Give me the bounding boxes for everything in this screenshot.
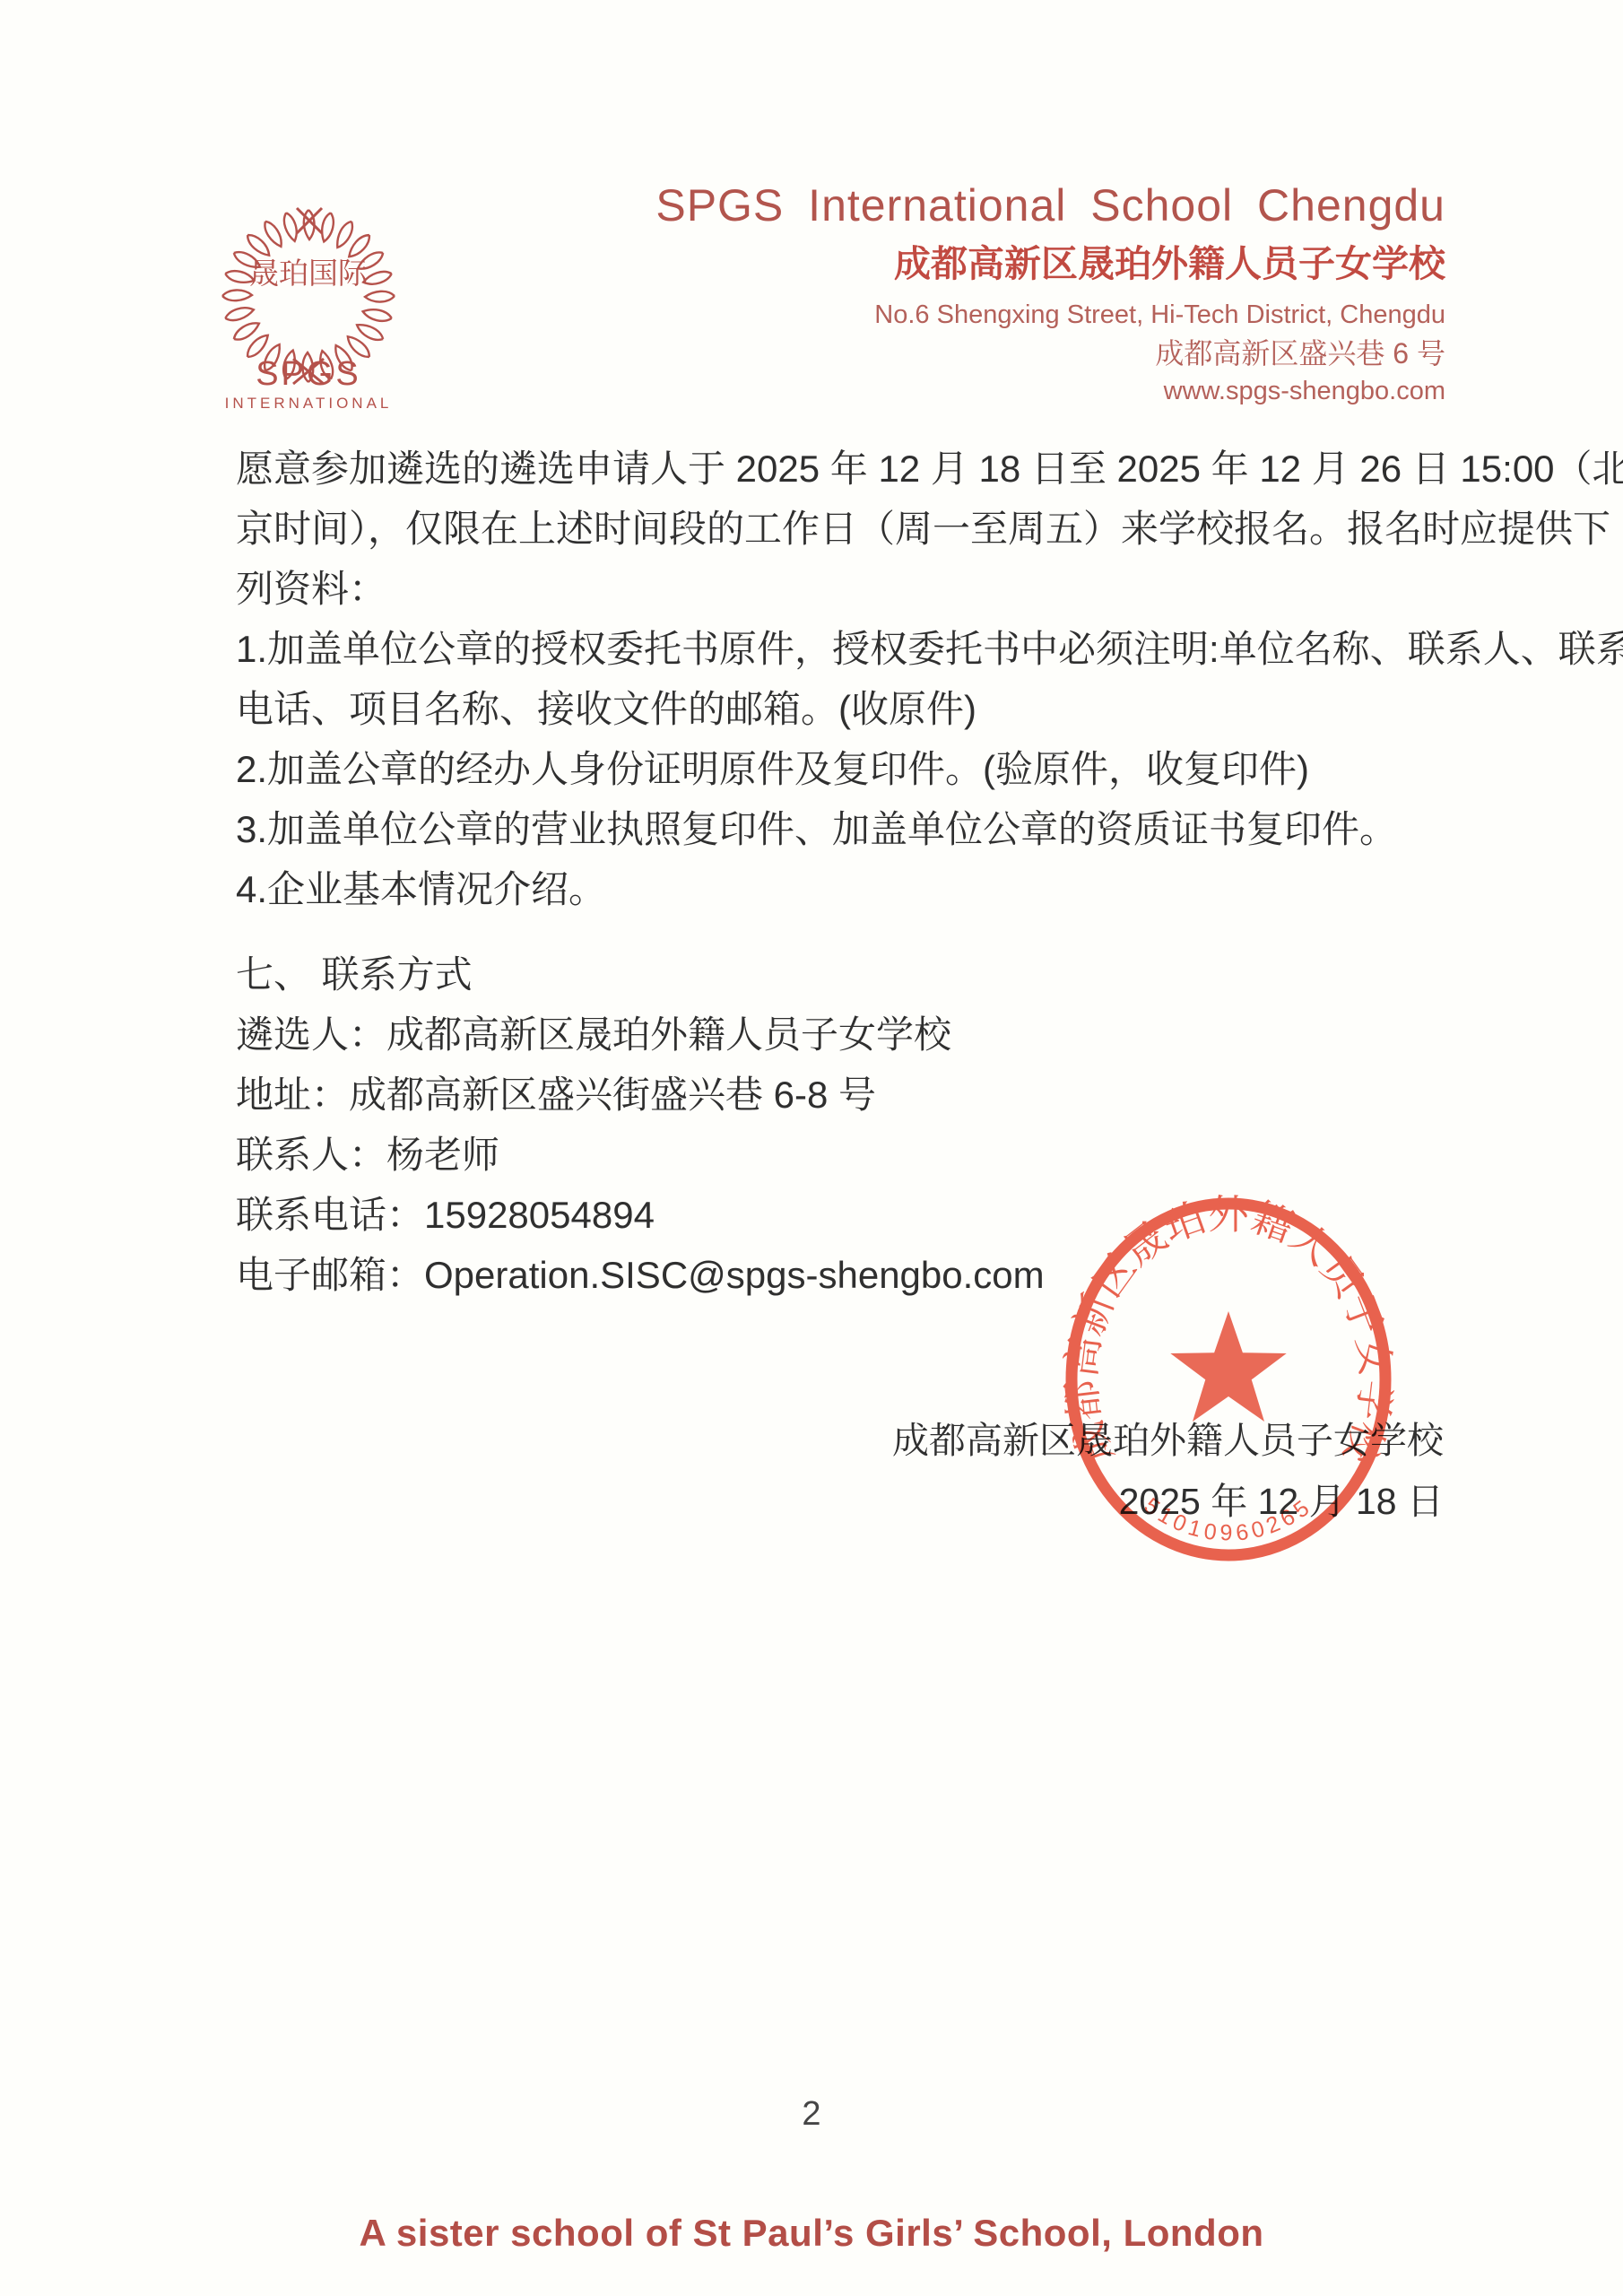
page-number: 2 [0,2095,1623,2134]
logo-name: SPGS [213,355,404,394]
body-text: 愿意参加遴选的遴选申请人于 2025 年 12 月 18 日至 2025 年 1… [236,439,1446,1305]
logo-subname: INTERNATIONAL [204,395,412,413]
list-item-line: 2.加盖公章的经办人身份证明原件及复印件。(验原件，收复印件) [236,739,1446,799]
seal-star-icon [1170,1311,1286,1422]
footer-slogan: A sister school of St Paul’s Girls’ Scho… [0,2212,1623,2255]
list-item-line: 3.加盖单位公章的营业执照复印件、加盖单位公章的资质证书复印件。 [236,799,1446,859]
contact-section-heading: 七、 联系方式 [236,944,1446,1004]
logo-wreath-text: 晟珀国际 [249,257,369,290]
contact-line: 遴选人：成都高新区晟珀外籍人员子女学校 [236,1004,1446,1065]
list-item-line: 1.加盖单位公章的授权委托书原件，授权委托书中必须注明:单位名称、联系人、联系 [236,619,1446,679]
paragraph-line: 列资料： [236,559,1446,619]
list-item-line: 电话、项目名称、接收文件的邮箱。(收原件) [236,679,1446,739]
official-seal: 成都高新区晟珀外籍人员子女学校 51010960265 [1058,1189,1399,1570]
school-title-cn: 成都高新区晟珀外籍人员子女学校 [655,246,1445,283]
paragraph-line: 愿意参加遴选的遴选申请人于 2025 年 12 月 18 日至 2025 年 1… [236,439,1446,499]
contact-line: 联系人：杨老师 [236,1125,1446,1185]
school-website: www.spgs-shengbo.com [655,378,1445,404]
school-title-en: SPGS International School Chengdu [655,183,1445,228]
document-page: 晟珀国际 SPGS INTERNATIONAL SPGS Internation… [0,0,1623,2296]
school-address-cn: 成都高新区盛兴巷 6 号 [655,339,1445,368]
list-item-line: 4.企业基本情况介绍。 [236,859,1446,919]
section-gap [236,919,1446,944]
contact-line: 地址：成都高新区盛兴街盛兴巷 6-8 号 [236,1065,1446,1125]
school-address-en: No.6 Shengxing Street, Hi-Tech District,… [655,302,1445,328]
letterhead: SPGS International School Chengdu 成都高新区晟… [655,183,1445,404]
paragraph-line: 京时间），仅限在上述时间段的工作日（周一至周五）来学校报名。报名时应提供下 [236,499,1446,559]
